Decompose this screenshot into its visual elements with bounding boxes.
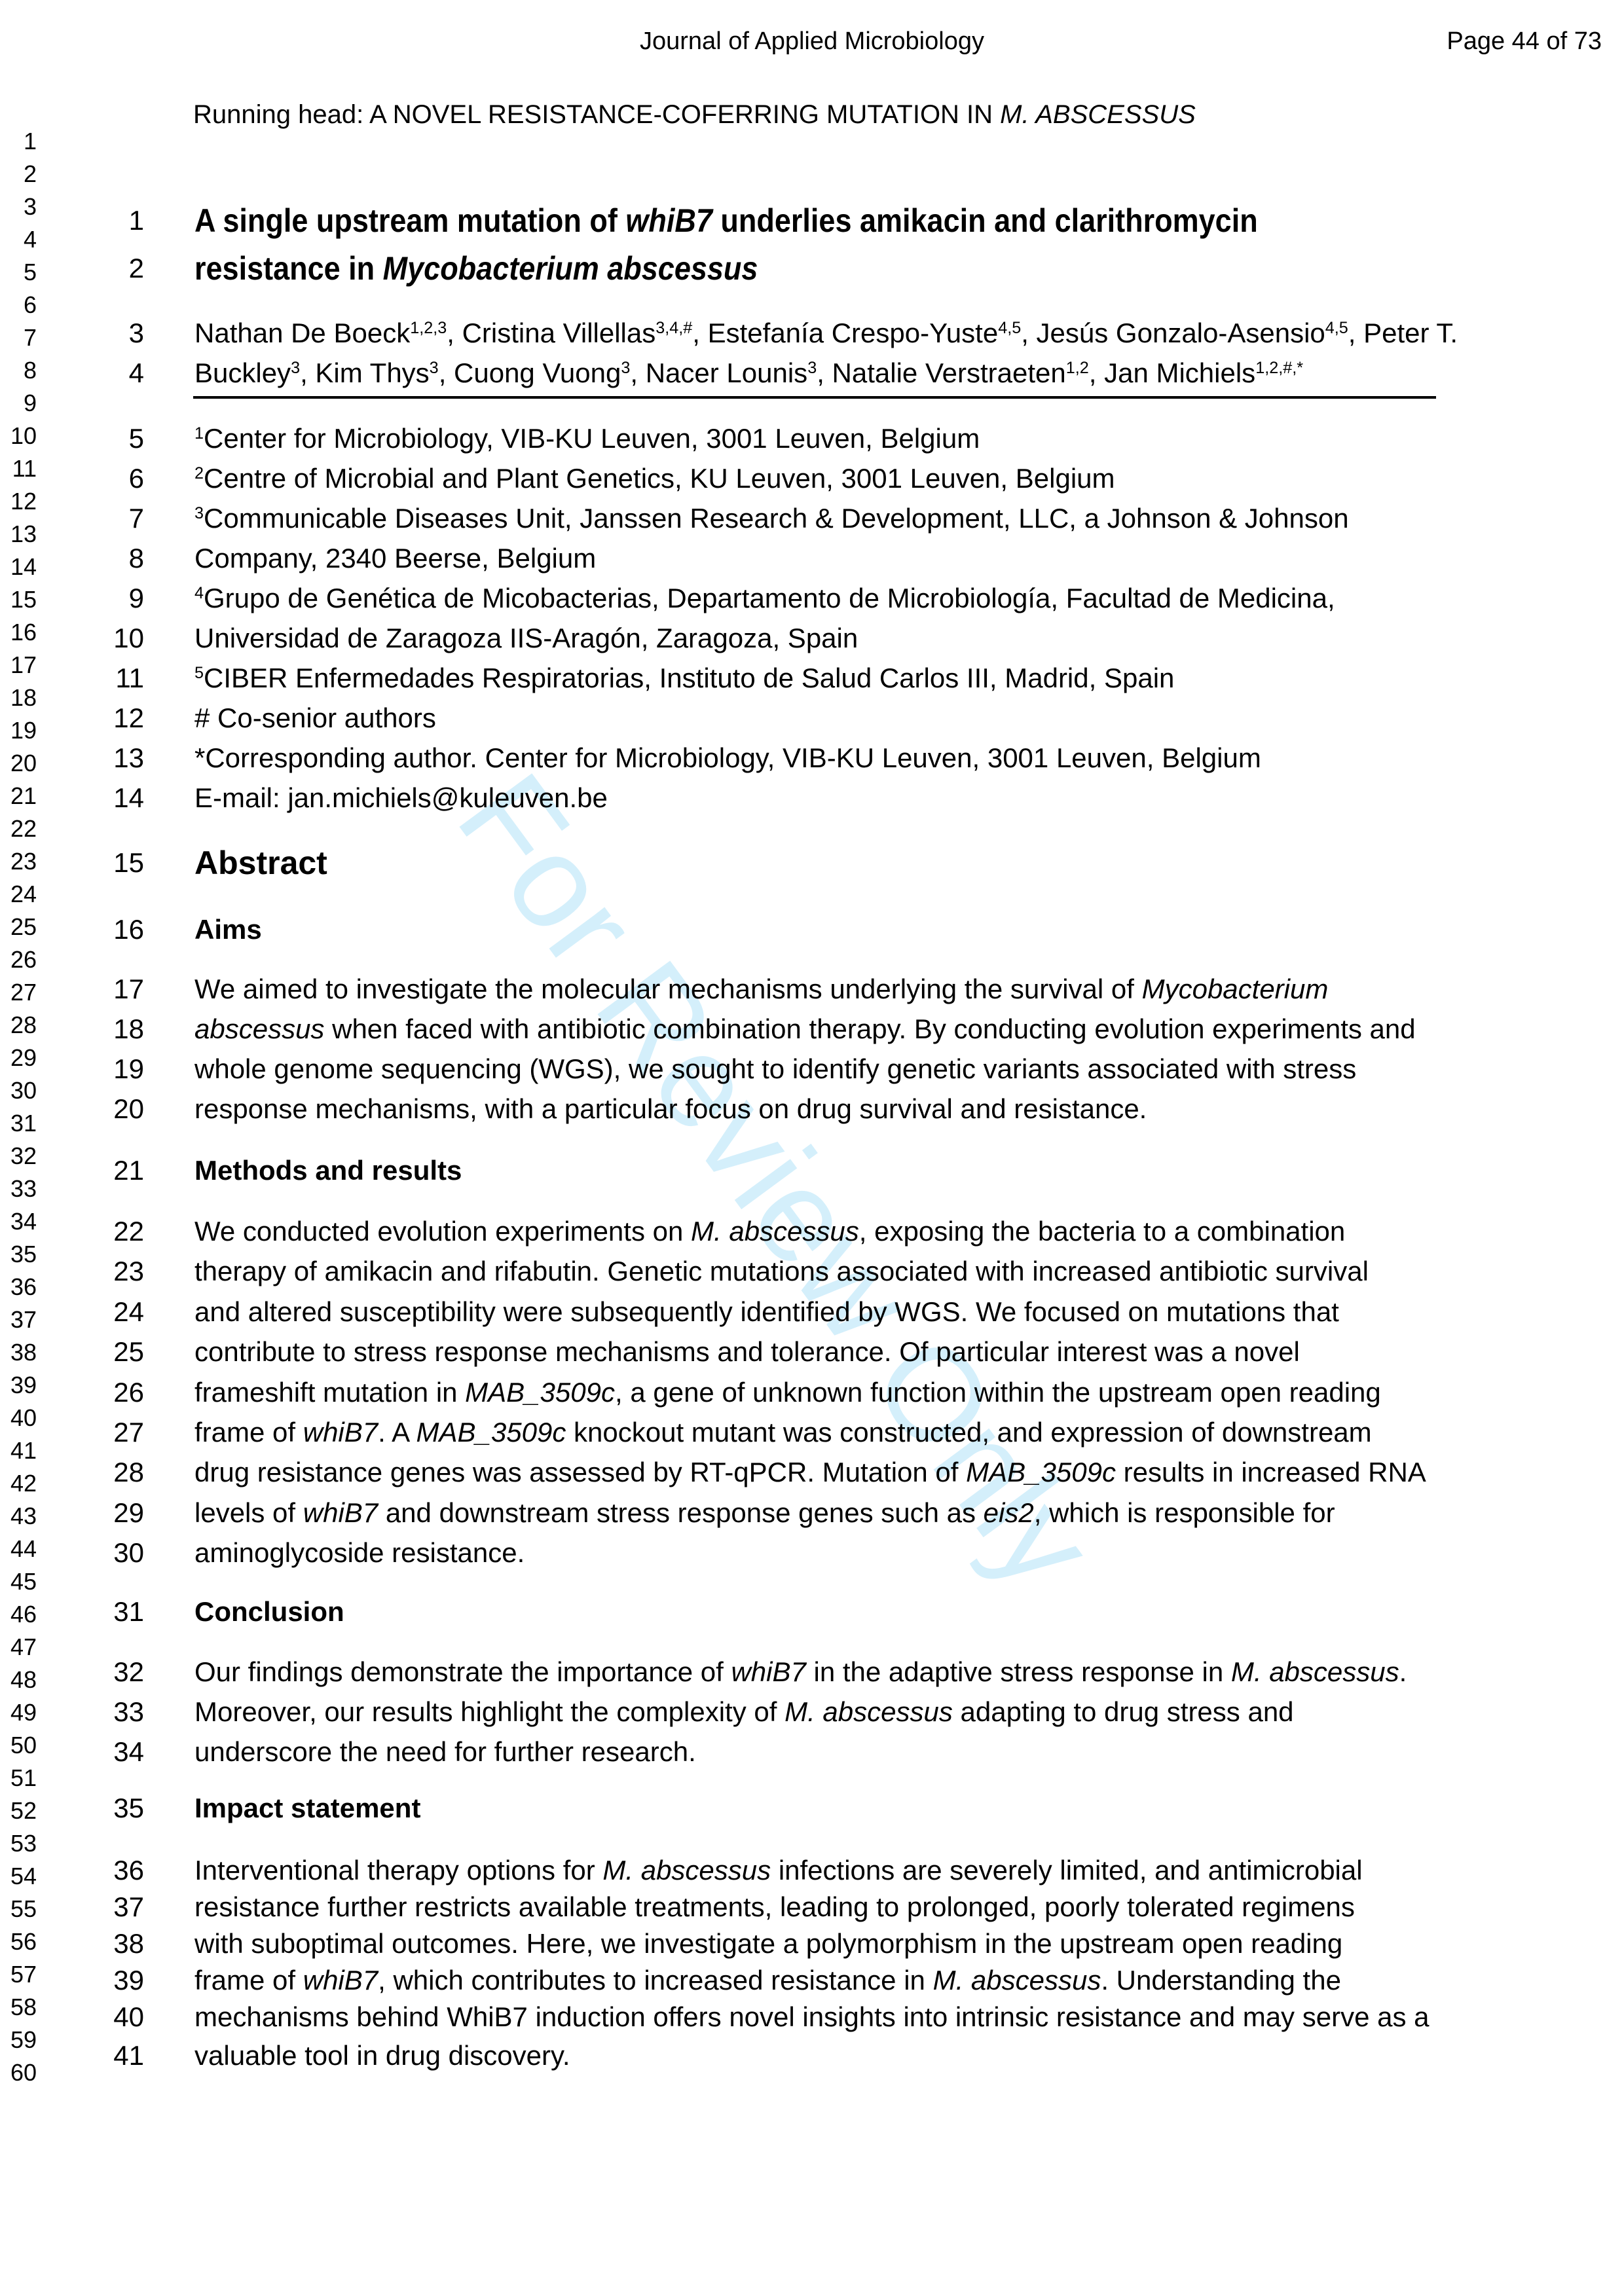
manuscript-line-number: 30 bbox=[98, 1539, 144, 1567]
text-run: # Co-senior authors bbox=[194, 702, 436, 733]
page-line-number: 28 bbox=[0, 1013, 37, 1037]
manuscript-line-number: 23 bbox=[98, 1258, 144, 1285]
manuscript-line: 1Center for Microbiology, VIB-KU Leuven,… bbox=[194, 425, 980, 452]
superscript: 3 bbox=[621, 359, 630, 377]
italic-text: whiB7 bbox=[303, 1965, 378, 1995]
manuscript-line-number: 26 bbox=[98, 1379, 144, 1406]
manuscript-line: Our findings demonstrate the importance … bbox=[194, 1658, 1407, 1686]
manuscript-line-number: 37 bbox=[98, 1893, 144, 1921]
manuscript-line-number: 34 bbox=[98, 1738, 144, 1766]
text-run: , Natalie Verstraeten bbox=[817, 357, 1066, 388]
manuscript-line-number: 39 bbox=[98, 1967, 144, 1994]
manuscript-line-number: 9 bbox=[98, 585, 144, 612]
manuscript-line-number: 1 bbox=[98, 207, 144, 234]
text-run: , Nacer Lounis bbox=[630, 357, 807, 388]
manuscript-line: Interventional therapy options for M. ab… bbox=[194, 1857, 1363, 1884]
superscript: 3 bbox=[807, 359, 817, 377]
manuscript-line-number: 15 bbox=[98, 849, 144, 877]
page-line-number: 25 bbox=[0, 915, 37, 939]
italic-text: M. abscessus bbox=[933, 1965, 1101, 1995]
page-line-number: 41 bbox=[0, 1439, 37, 1463]
manuscript-line: and altered susceptibility were subseque… bbox=[194, 1298, 1339, 1326]
page-line-number: 31 bbox=[0, 1112, 37, 1135]
page-line-number: 50 bbox=[0, 1734, 37, 1757]
manuscript-line-number: 20 bbox=[98, 1095, 144, 1123]
manuscript-line-number: 17 bbox=[98, 975, 144, 1003]
paper-title-line: A single upstream mutation of whiB7 unde… bbox=[194, 204, 1258, 237]
text-run: Interventional therapy options for bbox=[194, 1855, 602, 1886]
manuscript-line: aminoglycoside resistance. bbox=[194, 1539, 525, 1567]
manuscript-line: drug resistance genes was assessed by RT… bbox=[194, 1459, 1426, 1486]
text-run: Conclusion bbox=[194, 1596, 344, 1627]
page-line-number: 48 bbox=[0, 1668, 37, 1692]
text-run: response mechanisms, with a particular f… bbox=[194, 1093, 1147, 1124]
italic-text: whiB7 bbox=[625, 202, 712, 239]
text-run: mechanisms behind WhiB7 induction offers… bbox=[194, 2001, 1430, 2032]
page-line-number: 17 bbox=[0, 653, 37, 677]
text-run: Communicable Diseases Unit, Janssen Rese… bbox=[204, 503, 1349, 534]
manuscript-line-number: 7 bbox=[98, 505, 144, 532]
manuscript-line: contribute to stress response mechanisms… bbox=[194, 1338, 1300, 1366]
page-line-number: 6 bbox=[0, 293, 37, 317]
manuscript-line: 4Grupo de Genética de Micobacterias, Dep… bbox=[194, 585, 1335, 612]
manuscript-line: frameshift mutation in MAB_3509c, a gene… bbox=[194, 1379, 1381, 1406]
section-heading: Abstract bbox=[194, 847, 327, 879]
manuscript-line-number: 24 bbox=[98, 1298, 144, 1326]
page-line-number: 14 bbox=[0, 555, 37, 579]
manuscript-line: Universidad de Zaragoza IIS-Aragón, Zara… bbox=[194, 625, 858, 652]
text-run: A single upstream mutation of bbox=[194, 202, 625, 239]
superscript: 1,2,#,* bbox=[1255, 359, 1303, 377]
manuscript-line-number: 10 bbox=[98, 625, 144, 652]
manuscript-line: response mechanisms, with a particular f… bbox=[194, 1095, 1147, 1123]
text-run: Abstract bbox=[194, 845, 327, 881]
page-line-number: 15 bbox=[0, 588, 37, 611]
italic-text: eis2 bbox=[984, 1497, 1034, 1528]
page-line-number: 16 bbox=[0, 621, 37, 644]
page-line-number: 51 bbox=[0, 1766, 37, 1790]
page-line-number: 4 bbox=[0, 228, 37, 251]
manuscript-line: Moreover, our results highlight the comp… bbox=[194, 1698, 1294, 1726]
manuscript-line: underscore the need for further research… bbox=[194, 1738, 696, 1766]
text-run: , which is responsible for bbox=[1034, 1497, 1335, 1528]
text-run: CIBER Enfermedades Respiratorias, Instit… bbox=[204, 663, 1174, 693]
manuscript-line-number: 4 bbox=[98, 359, 144, 387]
text-run: infections are severely limited, and ant… bbox=[771, 1855, 1362, 1886]
text-run: , Jesús Gonzalo-Asensio bbox=[1021, 318, 1325, 348]
manuscript-line-number: 22 bbox=[98, 1218, 144, 1245]
manuscript-line: levels of whiB7 and downstream stress re… bbox=[194, 1499, 1335, 1527]
section-heading: Aims bbox=[194, 916, 262, 943]
page-line-number: 1 bbox=[0, 130, 37, 153]
page-line-number: 60 bbox=[0, 2061, 37, 2085]
manuscript-line: whole genome sequencing (WGS), we sought… bbox=[194, 1055, 1356, 1083]
page-line-number: 53 bbox=[0, 1832, 37, 1855]
manuscript-line: We aimed to investigate the molecular me… bbox=[194, 975, 1328, 1003]
page-line-number: 54 bbox=[0, 1865, 37, 1888]
italic-text: M. abscessus bbox=[691, 1216, 859, 1247]
text-run: whole genome sequencing (WGS), we sought… bbox=[194, 1053, 1356, 1084]
text-run: Grupo de Genética de Micobacterias, Depa… bbox=[204, 583, 1335, 613]
journal-name: Journal of Applied Microbiology bbox=[0, 29, 1624, 54]
text-run: and altered susceptibility were subseque… bbox=[194, 1296, 1339, 1327]
italic-text: whiB7 bbox=[731, 1656, 805, 1687]
manuscript-line-number: 6 bbox=[98, 465, 144, 492]
manuscript-line: We conducted evolution experiments on M.… bbox=[194, 1218, 1345, 1245]
page-line-number: 36 bbox=[0, 1275, 37, 1299]
section-heading: Conclusion bbox=[194, 1598, 344, 1626]
page-line-number: 59 bbox=[0, 2028, 37, 2052]
manuscript-line-number: 16 bbox=[98, 916, 144, 943]
page-number: Page 44 of 73 bbox=[1447, 29, 1602, 54]
page-line-number: 29 bbox=[0, 1046, 37, 1070]
italic-text: whiB7 bbox=[303, 1497, 378, 1528]
text-run: Moreover, our results highlight the comp… bbox=[194, 1696, 784, 1727]
manuscript-line-number: 3 bbox=[98, 319, 144, 347]
manuscript-line: abscessus when faced with antibiotic com… bbox=[194, 1015, 1416, 1043]
text-run: . bbox=[1399, 1656, 1407, 1687]
page-line-number: 49 bbox=[0, 1701, 37, 1724]
manuscript-line: valuable tool in drug discovery. bbox=[194, 2042, 570, 2069]
page-line-number: 30 bbox=[0, 1079, 37, 1102]
manuscript-line: with suboptimal outcomes. Here, we inves… bbox=[194, 1930, 1342, 1958]
italic-text: MAB_3509c bbox=[465, 1377, 615, 1408]
manuscript-line: Company, 2340 Beerse, Belgium bbox=[194, 545, 596, 572]
manuscript-line-number: 8 bbox=[98, 545, 144, 572]
text-run: E-mail: jan.michiels@kuleuven.be bbox=[194, 782, 608, 813]
manuscript-line-number: 11 bbox=[98, 665, 144, 692]
italic-text: M. ABSCESSUS bbox=[1000, 100, 1196, 129]
paper-title-line: resistance in Mycobacterium abscessus bbox=[194, 252, 758, 285]
text-run: knockout mutant was constructed, and exp… bbox=[566, 1417, 1371, 1448]
manuscript-line: mechanisms behind WhiB7 induction offers… bbox=[194, 2003, 1430, 2031]
text-run: Company, 2340 Beerse, Belgium bbox=[194, 543, 596, 574]
superscript: 5 bbox=[194, 664, 204, 682]
text-run: , exposing the bacteria to a combination bbox=[859, 1216, 1345, 1247]
manuscript-line: *Corresponding author. Center for Microb… bbox=[194, 744, 1261, 772]
text-run: , Cristina Villellas bbox=[447, 318, 655, 348]
manuscript-line-number: 29 bbox=[98, 1499, 144, 1527]
page-line-number: 43 bbox=[0, 1504, 37, 1528]
manuscript-line: 3Communicable Diseases Unit, Janssen Res… bbox=[194, 505, 1349, 532]
text-run: Running head: A NOVEL RESISTANCE-COFERRI… bbox=[193, 100, 1000, 129]
text-run: resistance further restricts available t… bbox=[194, 1891, 1355, 1922]
manuscript-line: therapy of amikacin and rifabutin. Genet… bbox=[194, 1258, 1369, 1285]
manuscript-line-number: 27 bbox=[98, 1419, 144, 1446]
page-line-number: 47 bbox=[0, 1635, 37, 1659]
text-run: frameshift mutation in bbox=[194, 1377, 465, 1408]
italic-text: M. abscessus bbox=[784, 1696, 953, 1727]
manuscript-line: E-mail: jan.michiels@kuleuven.be bbox=[194, 784, 608, 812]
manuscript-line: resistance further restricts available t… bbox=[194, 1893, 1355, 1921]
text-run: underlies amikacin and clarithromycin bbox=[712, 202, 1258, 239]
text-run: adapting to drug stress and bbox=[953, 1696, 1294, 1727]
page-line-number: 46 bbox=[0, 1603, 37, 1626]
text-run: Center for Microbiology, VIB-KU Leuven, … bbox=[204, 423, 980, 454]
manuscript-line-number: 18 bbox=[98, 1015, 144, 1043]
page-line-number: 19 bbox=[0, 719, 37, 742]
italic-text: abscessus bbox=[194, 1013, 324, 1044]
manuscript-line-number: 14 bbox=[98, 784, 144, 812]
text-run: Nathan De Boeck bbox=[194, 318, 410, 348]
text-run: , Jan Michiels bbox=[1089, 357, 1255, 388]
page-line-number: 8 bbox=[0, 359, 37, 382]
manuscript-line-number: 32 bbox=[98, 1658, 144, 1686]
page-line-number: 37 bbox=[0, 1308, 37, 1332]
manuscript-line-number: 35 bbox=[98, 1795, 144, 1822]
text-run: , Cuong Vuong bbox=[439, 357, 621, 388]
manuscript-line-number: 25 bbox=[98, 1338, 144, 1366]
page-line-number: 35 bbox=[0, 1243, 37, 1266]
manuscript-line: frame of whiB7. A MAB_3509c knockout mut… bbox=[194, 1419, 1372, 1446]
page-line-number: 13 bbox=[0, 522, 37, 546]
manuscript-line-number: 12 bbox=[98, 704, 144, 732]
text-run: resistance in bbox=[194, 250, 383, 287]
page-line-number: 45 bbox=[0, 1570, 37, 1594]
page-line-number: 38 bbox=[0, 1341, 37, 1364]
page-line-number: 27 bbox=[0, 981, 37, 1004]
manuscript-line-number: 28 bbox=[98, 1459, 144, 1486]
superscript: 1 bbox=[194, 424, 204, 443]
manuscript-line: Nathan De Boeck1,2,3, Cristina Villellas… bbox=[194, 319, 1458, 347]
manuscript-line-number: 41 bbox=[98, 2042, 144, 2069]
page-line-number: 55 bbox=[0, 1897, 37, 1921]
section-heading: Impact statement bbox=[194, 1795, 420, 1822]
superscript: 3,4,# bbox=[655, 319, 692, 337]
page-line-number: 20 bbox=[0, 752, 37, 775]
italic-text: MAB_3509c bbox=[416, 1417, 566, 1448]
superscript: 4,5 bbox=[1325, 319, 1348, 337]
text-run: when faced with antibiotic combination t… bbox=[324, 1013, 1415, 1044]
superscript: 3 bbox=[430, 359, 439, 377]
text-run: drug resistance genes was assessed by RT… bbox=[194, 1457, 966, 1487]
italic-text: Mycobacterium bbox=[1142, 974, 1329, 1004]
manuscript-line-number: 33 bbox=[98, 1698, 144, 1726]
text-run: Aims bbox=[194, 914, 262, 945]
text-run: underscore the need for further research… bbox=[194, 1736, 696, 1767]
text-run: frame of bbox=[194, 1417, 303, 1448]
text-run: Centre of Microbial and Plant Genetics, … bbox=[204, 463, 1115, 494]
page-line-number: 18 bbox=[0, 686, 37, 710]
page-line-number: 39 bbox=[0, 1374, 37, 1397]
page-line-number: 11 bbox=[0, 457, 37, 481]
text-run: Buckley bbox=[194, 357, 291, 388]
manuscript-line: 5CIBER Enfermedades Respiratorias, Insti… bbox=[194, 665, 1174, 692]
text-run: . A bbox=[378, 1417, 416, 1448]
section-heading: Methods and results bbox=[194, 1157, 462, 1184]
page-line-number: 5 bbox=[0, 261, 37, 284]
page-line-number: 3 bbox=[0, 195, 37, 219]
page-line-number: 56 bbox=[0, 1930, 37, 1954]
page-line-number: 42 bbox=[0, 1472, 37, 1495]
superscript: 1,2 bbox=[1066, 359, 1089, 377]
page-line-number: 12 bbox=[0, 490, 37, 513]
page-line-number: 40 bbox=[0, 1406, 37, 1430]
manuscript-line-number: 21 bbox=[98, 1157, 144, 1184]
italic-text: M. abscessus bbox=[602, 1855, 771, 1886]
page-line-number: 24 bbox=[0, 883, 37, 906]
text-run: aminoglycoside resistance. bbox=[194, 1537, 525, 1568]
page-line-number: 58 bbox=[0, 1995, 37, 2019]
text-run: . Understanding the bbox=[1101, 1965, 1341, 1995]
page-line-number: 21 bbox=[0, 784, 37, 808]
superscript: 3 bbox=[194, 504, 204, 522]
page-line-number: 22 bbox=[0, 817, 37, 841]
superscript: 1,2,3 bbox=[410, 319, 447, 337]
manuscript-line-number: 31 bbox=[98, 1598, 144, 1626]
manuscript-line-number: 40 bbox=[98, 2003, 144, 2031]
superscript: 4,5 bbox=[998, 319, 1021, 337]
manuscript-line-number: 19 bbox=[98, 1055, 144, 1083]
page-line-number: 44 bbox=[0, 1537, 37, 1561]
page-line-number: 33 bbox=[0, 1177, 37, 1201]
page-line-number: 52 bbox=[0, 1799, 37, 1823]
superscript: 2 bbox=[194, 464, 204, 483]
text-run: and downstream stress response genes suc… bbox=[378, 1497, 984, 1528]
text-run: , Peter T. bbox=[1348, 318, 1458, 348]
manuscript-line: frame of whiB7, which contributes to inc… bbox=[194, 1967, 1341, 1994]
italic-text: M. abscessus bbox=[1231, 1656, 1399, 1687]
text-run: levels of bbox=[194, 1497, 303, 1528]
manuscript-line: 2Centre of Microbial and Plant Genetics,… bbox=[194, 465, 1115, 492]
text-run: Our findings demonstrate the importance … bbox=[194, 1656, 731, 1687]
manuscript-line: # Co-senior authors bbox=[194, 704, 436, 732]
text-run: We conducted evolution experiments on bbox=[194, 1216, 691, 1247]
manuscript-line-number: 13 bbox=[98, 744, 144, 772]
text-run: therapy of amikacin and rifabutin. Genet… bbox=[194, 1256, 1369, 1286]
page-line-number: 10 bbox=[0, 424, 37, 448]
page-line-number: 7 bbox=[0, 326, 37, 350]
superscript: 4 bbox=[194, 584, 204, 602]
manuscript-line: Buckley3, Kim Thys3, Cuong Vuong3, Nacer… bbox=[194, 359, 1303, 387]
text-run: frame of bbox=[194, 1965, 303, 1995]
italic-text: whiB7 bbox=[303, 1417, 378, 1448]
text-run: , Estefanía Crespo-Yuste bbox=[692, 318, 998, 348]
text-run: , Kim Thys bbox=[300, 357, 430, 388]
italic-text: Mycobacterium abscessus bbox=[383, 250, 758, 287]
text-run: , a gene of unknown function within the … bbox=[615, 1377, 1381, 1408]
page-line-number: 32 bbox=[0, 1144, 37, 1168]
text-run: valuable tool in drug discovery. bbox=[194, 2040, 570, 2071]
page-line-number: 57 bbox=[0, 1963, 37, 1986]
text-run: , which contributes to increased resista… bbox=[378, 1965, 932, 1995]
manuscript-line-number: 38 bbox=[98, 1930, 144, 1958]
text-run: Methods and results bbox=[194, 1155, 462, 1186]
text-run: *Corresponding author. Center for Microb… bbox=[194, 742, 1261, 773]
page-line-number: 2 bbox=[0, 162, 37, 186]
text-run: We aimed to investigate the molecular me… bbox=[194, 974, 1142, 1004]
text-run: with suboptimal outcomes. Here, we inves… bbox=[194, 1928, 1342, 1959]
text-run: contribute to stress response mechanisms… bbox=[194, 1336, 1300, 1367]
author-divider bbox=[193, 396, 1436, 399]
text-run: Impact statement bbox=[194, 1793, 420, 1823]
page-line-number: 34 bbox=[0, 1210, 37, 1233]
text-run: in the adaptive stress response in bbox=[806, 1656, 1231, 1687]
manuscript-line-number: 36 bbox=[98, 1857, 144, 1884]
text-run: Universidad de Zaragoza IIS-Aragón, Zara… bbox=[194, 623, 858, 653]
running-head: Running head: A NOVEL RESISTANCE-COFERRI… bbox=[193, 101, 1196, 128]
superscript: 3 bbox=[291, 359, 300, 377]
manuscript-line-number: 5 bbox=[98, 425, 144, 452]
page-line-number: 9 bbox=[0, 392, 37, 415]
italic-text: MAB_3509c bbox=[966, 1457, 1116, 1487]
page-line-number: 26 bbox=[0, 948, 37, 972]
manuscript-line-number: 2 bbox=[98, 255, 144, 282]
page-line-number: 23 bbox=[0, 850, 37, 873]
text-run: results in increased RNA bbox=[1116, 1457, 1426, 1487]
